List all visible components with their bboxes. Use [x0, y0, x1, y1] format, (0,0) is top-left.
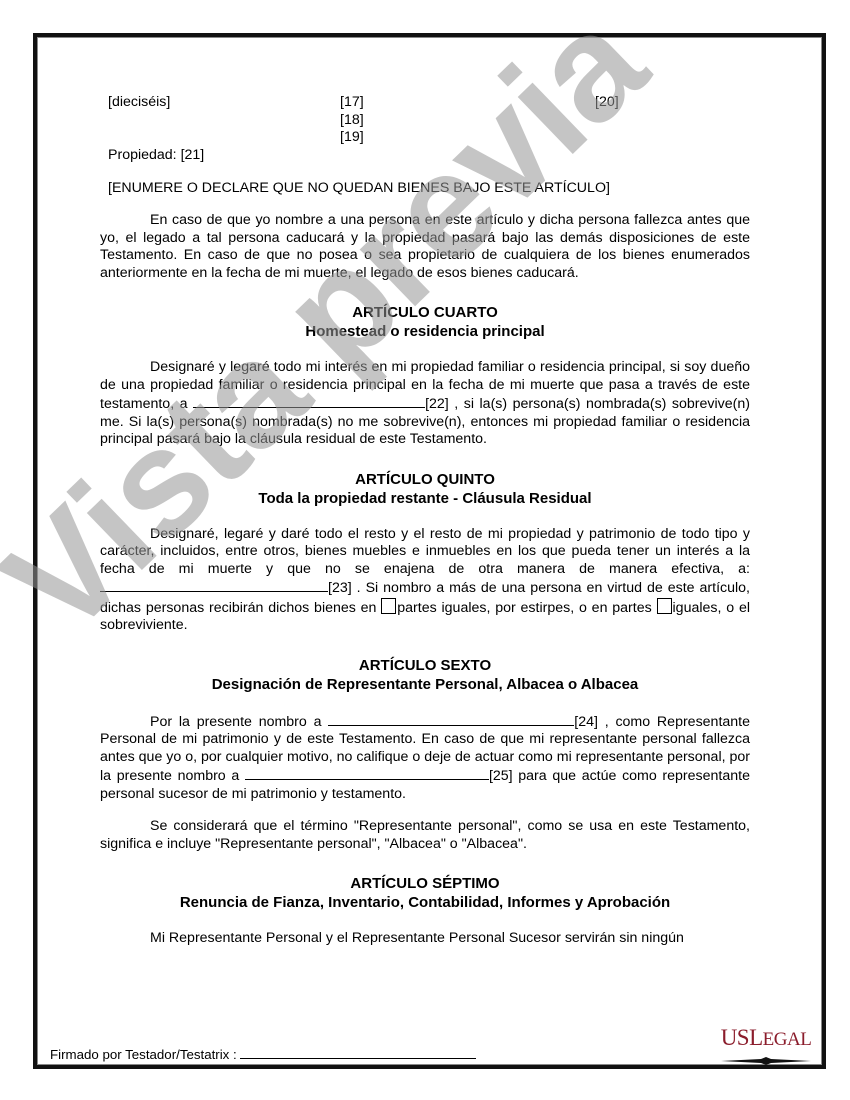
- article-4-paragraph: Designaré y legaré todo mi interés en mi…: [100, 359, 750, 449]
- checkbox-equal-shares-per-stirpes[interactable]: [381, 598, 396, 614]
- article-6-heading: ARTÍCULO SEXTO Designación de Representa…: [100, 656, 750, 694]
- article-7-title: Renuncia de Fianza, Inventario, Contabil…: [100, 893, 750, 912]
- article-4-title: Homestead o residencia principal: [100, 322, 750, 341]
- property-label: Propiedad: [21]: [100, 147, 750, 165]
- article-7-paragraph: Mi Representante Personal y el Represent…: [100, 930, 750, 948]
- eagle-wings-icon: [716, 1057, 816, 1065]
- asset-field-19: [19]: [340, 129, 364, 147]
- asset-field-16: [dieciséis]: [108, 94, 170, 112]
- article-7-heading: ARTÍCULO SÉPTIMO Renuncia de Fianza, Inv…: [100, 874, 750, 912]
- blank-field-23[interactable]: [100, 578, 328, 592]
- blank-field-24[interactable]: [328, 712, 574, 726]
- enumerate-note: [ENUMERE O DECLARE QUE NO QUEDAN BIENES …: [100, 180, 750, 198]
- checkbox-equal-shares-survivor[interactable]: [657, 598, 672, 614]
- asset-table-row: [dieciséis] [17] [18] [19] [20]: [100, 94, 750, 147]
- article-4-number: ARTÍCULO CUARTO: [100, 303, 750, 322]
- lapse-paragraph: En caso de que yo nombre a una persona e…: [100, 212, 750, 282]
- article-6-paragraph: Por la presente nombro a [24] , como Rep…: [100, 712, 750, 804]
- signature-footer: Firmado por Testador/Testatrix :: [50, 1046, 476, 1062]
- asset-field-17: [17]: [340, 94, 364, 112]
- asset-field-20: [20]: [595, 94, 619, 112]
- signature-line[interactable]: [240, 1046, 476, 1059]
- asset-field-group: [17] [18] [19]: [340, 94, 364, 147]
- article-6-number: ARTÍCULO SEXTO: [100, 656, 750, 675]
- article-6-definition: Se considerará que el término "Represent…: [100, 818, 750, 853]
- article-5-paragraph: Designaré, legaré y daré todo el resto y…: [100, 526, 750, 635]
- blank-ref-22: [22]: [425, 396, 449, 412]
- blank-ref-24: [24]: [574, 714, 598, 730]
- option-label-1: partes iguales, por estirpes, o en parte…: [397, 600, 656, 616]
- logo-tagline: [706, 1070, 826, 1075]
- asset-field-18: [18]: [340, 112, 364, 130]
- article-4-heading: ARTÍCULO CUARTO Homestead o residencia p…: [100, 303, 750, 341]
- article-6-text-start: Por la presente nombro a: [150, 714, 328, 730]
- blank-ref-25: [25]: [489, 768, 513, 784]
- article-6-title: Designación de Representante Personal, A…: [100, 675, 750, 694]
- article-7-number: ARTÍCULO SÉPTIMO: [100, 874, 750, 893]
- article-5-number: ARTÍCULO QUINTO: [100, 470, 750, 489]
- article-5-heading: ARTÍCULO QUINTO Toda la propiedad restan…: [100, 470, 750, 508]
- article-5-title: Toda la propiedad restante - Cláusula Re…: [100, 489, 750, 508]
- article-5-text-intro: Designaré, legaré y daré todo el resto y…: [100, 526, 750, 577]
- blank-ref-23: [23]: [328, 580, 352, 596]
- logo-wordmark: USLEGAL: [706, 1026, 826, 1052]
- document-body: [dieciséis] [17] [18] [19] [20] Propieda…: [100, 94, 750, 948]
- blank-field-22[interactable]: [193, 394, 425, 408]
- blank-field-25[interactable]: [245, 766, 489, 780]
- signed-by-label: Firmado por Testador/Testatrix :: [50, 1047, 237, 1062]
- uslegal-logo: USLEGAL: [706, 1026, 826, 1075]
